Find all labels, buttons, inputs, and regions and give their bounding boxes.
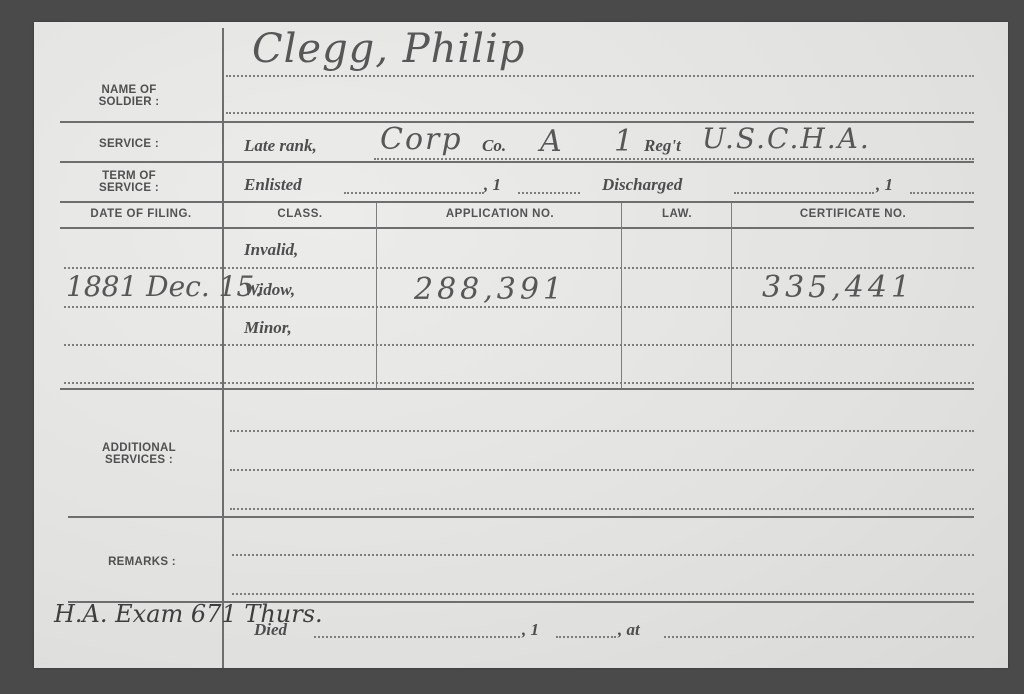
class-invalid: Invalid, [244,240,298,260]
name-line-1 [226,75,974,77]
pension-index-card: NAME OF SOLDIER : Clegg, Philip SERVICE … [34,22,1008,668]
rule-header-bottom [60,227,974,229]
company-value: A [540,124,564,159]
name-label-line1: NAME OF [74,84,184,96]
additional-label-line2: SERVICES : [74,454,204,466]
discharged-label: Discharged [602,175,682,195]
enlisted-year-line [518,192,580,194]
table-row-line-3 [64,344,974,346]
rule-term-bottom [60,201,974,203]
company-label: Co. [482,136,506,156]
name-label-line2: SOLDIER : [74,96,184,108]
service-line [374,158,974,160]
regiment-label: Reg't [644,136,681,156]
soldier-name: Clegg, Philip [252,26,525,72]
application-no-value: 288,391 [414,272,566,307]
enlisted-year-prefix: , 1 [484,175,501,195]
died-label: Died [254,620,287,640]
discharged-year-prefix: , 1 [876,175,893,195]
late-rank-value: Corp [380,122,463,157]
header-class: CLASS. [224,208,376,220]
header-date-of-filing: DATE OF FILING. [60,208,222,220]
remarks-line-1 [232,554,974,556]
regiment-value: U.S.C.H.A. [702,122,871,155]
enlisted-label: Enlisted [244,175,302,195]
col-divider-application [621,203,622,389]
certificate-no-value: 335,441 [762,270,914,305]
died-at-label: , at [618,620,640,640]
additional-line-2 [230,469,974,471]
additional-line-3 [230,508,974,510]
class-minor: Minor, [244,318,292,338]
name-of-soldier-label: NAME OF SOLDIER : [74,84,184,108]
enlisted-line [344,192,484,194]
remarks-line-2 [232,593,974,595]
rule-additional-bottom [68,516,974,518]
header-application-no: APPLICATION NO. [378,208,622,220]
discharged-line [734,192,874,194]
table-row-line-4 [64,382,974,384]
service-label: SERVICE : [74,138,184,150]
died-place-line [664,636,974,638]
additional-line-1 [230,430,974,432]
label-column-divider [222,28,224,668]
additional-services-label: ADDITIONAL SERVICES : [74,442,204,466]
term-label-line1: TERM OF [74,170,184,182]
died-year-prefix: , 1 [522,620,539,640]
late-rank-label: Late rank, [244,136,317,156]
term-label-line2: SERVICE : [74,182,184,194]
died-year-line [556,636,616,638]
name-line-2 [226,112,974,114]
table-row-line-1 [64,267,974,269]
date-of-filing-value: 1881 Dec. 15. [66,270,263,303]
regiment-number: 1 [614,124,635,159]
discharged-year-line [910,192,974,194]
remarks-label: REMARKS : [82,556,202,568]
term-of-service-label: TERM OF SERVICE : [74,170,184,194]
header-certificate-no: CERTIFICATE NO. [732,208,974,220]
col-divider-class [376,203,377,389]
header-law: LAW. [622,208,732,220]
rule-table-bottom [60,388,974,390]
additional-label-line1: ADDITIONAL [74,442,204,454]
died-line [314,636,520,638]
col-divider-law [731,203,732,389]
rule-service-bottom [60,161,974,163]
